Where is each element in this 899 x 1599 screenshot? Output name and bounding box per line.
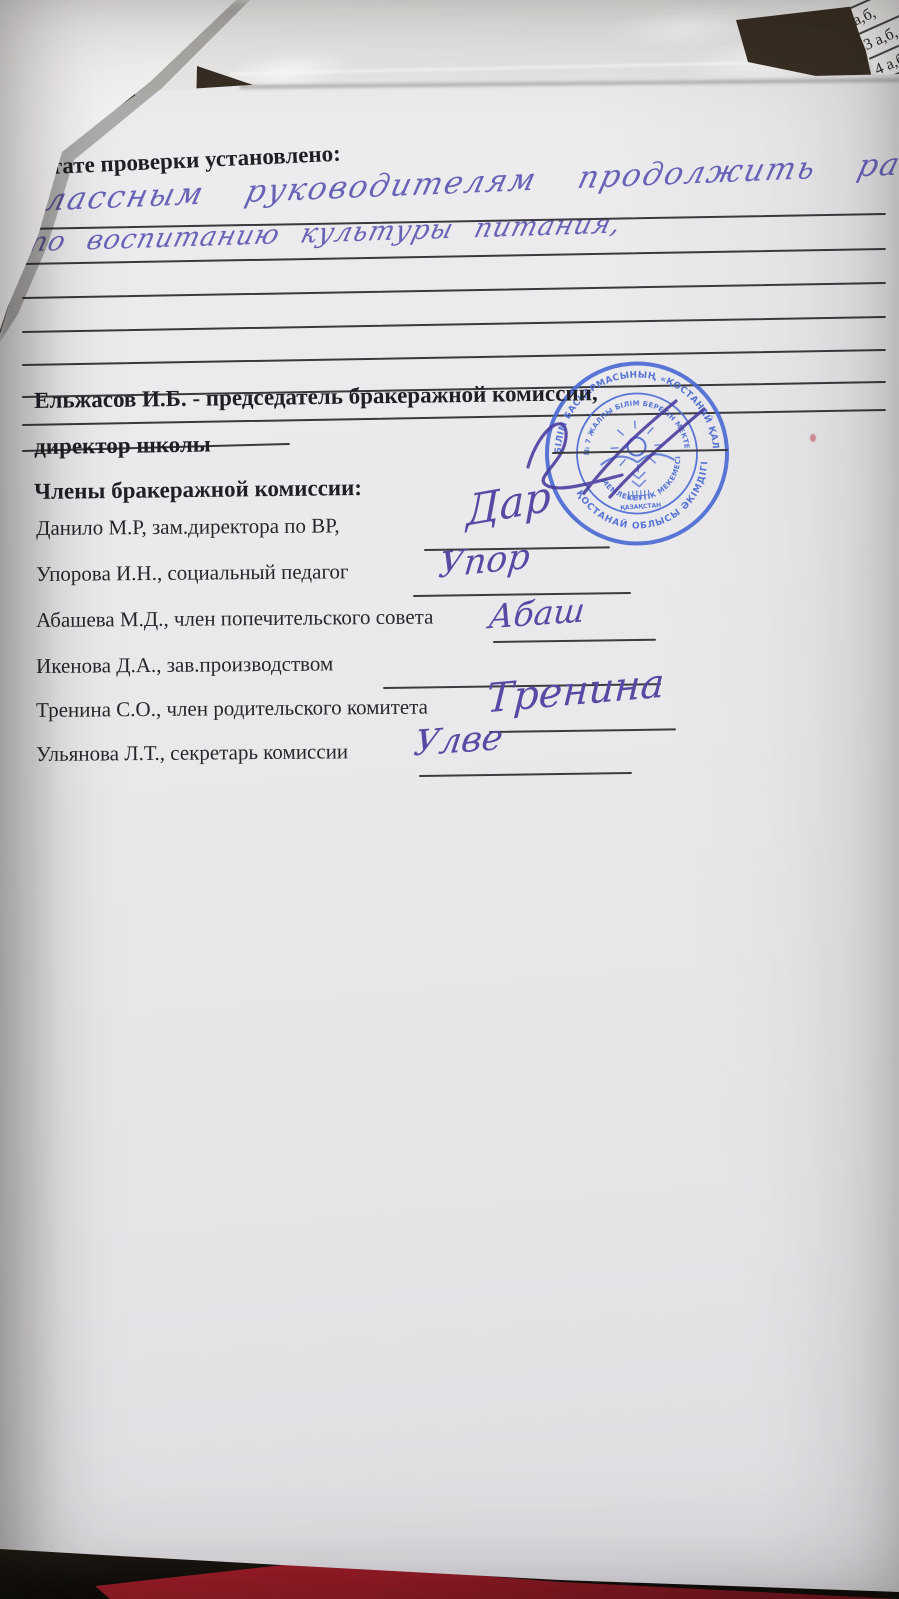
members-heading: Члены бракеражной комиссии: xyxy=(34,475,362,505)
member-row: Абашева М.Д., член попечительского совет… xyxy=(36,605,433,633)
member-row: Икенова Д.А., зав.производством xyxy=(36,651,333,679)
chairman-title-line: директор школы xyxy=(34,432,211,460)
member-row: Тренина С.О., член родительского комитет… xyxy=(36,695,428,723)
member-signature: Улве xyxy=(411,718,505,765)
photo-of-inspection-report: а,б, 3 а,б, 4 а,б,в льтате проверки уста… xyxy=(0,0,899,1599)
member-row: Ульянова Л.Т., секретарь комиссии xyxy=(36,739,348,767)
member-row: Данило М.Р, зам.директора по ВР, xyxy=(36,513,340,541)
paper-speck xyxy=(810,434,816,442)
member-signature: Абаш xyxy=(487,590,587,636)
member-row: Упорова И.Н., социальный педагог xyxy=(36,559,349,587)
